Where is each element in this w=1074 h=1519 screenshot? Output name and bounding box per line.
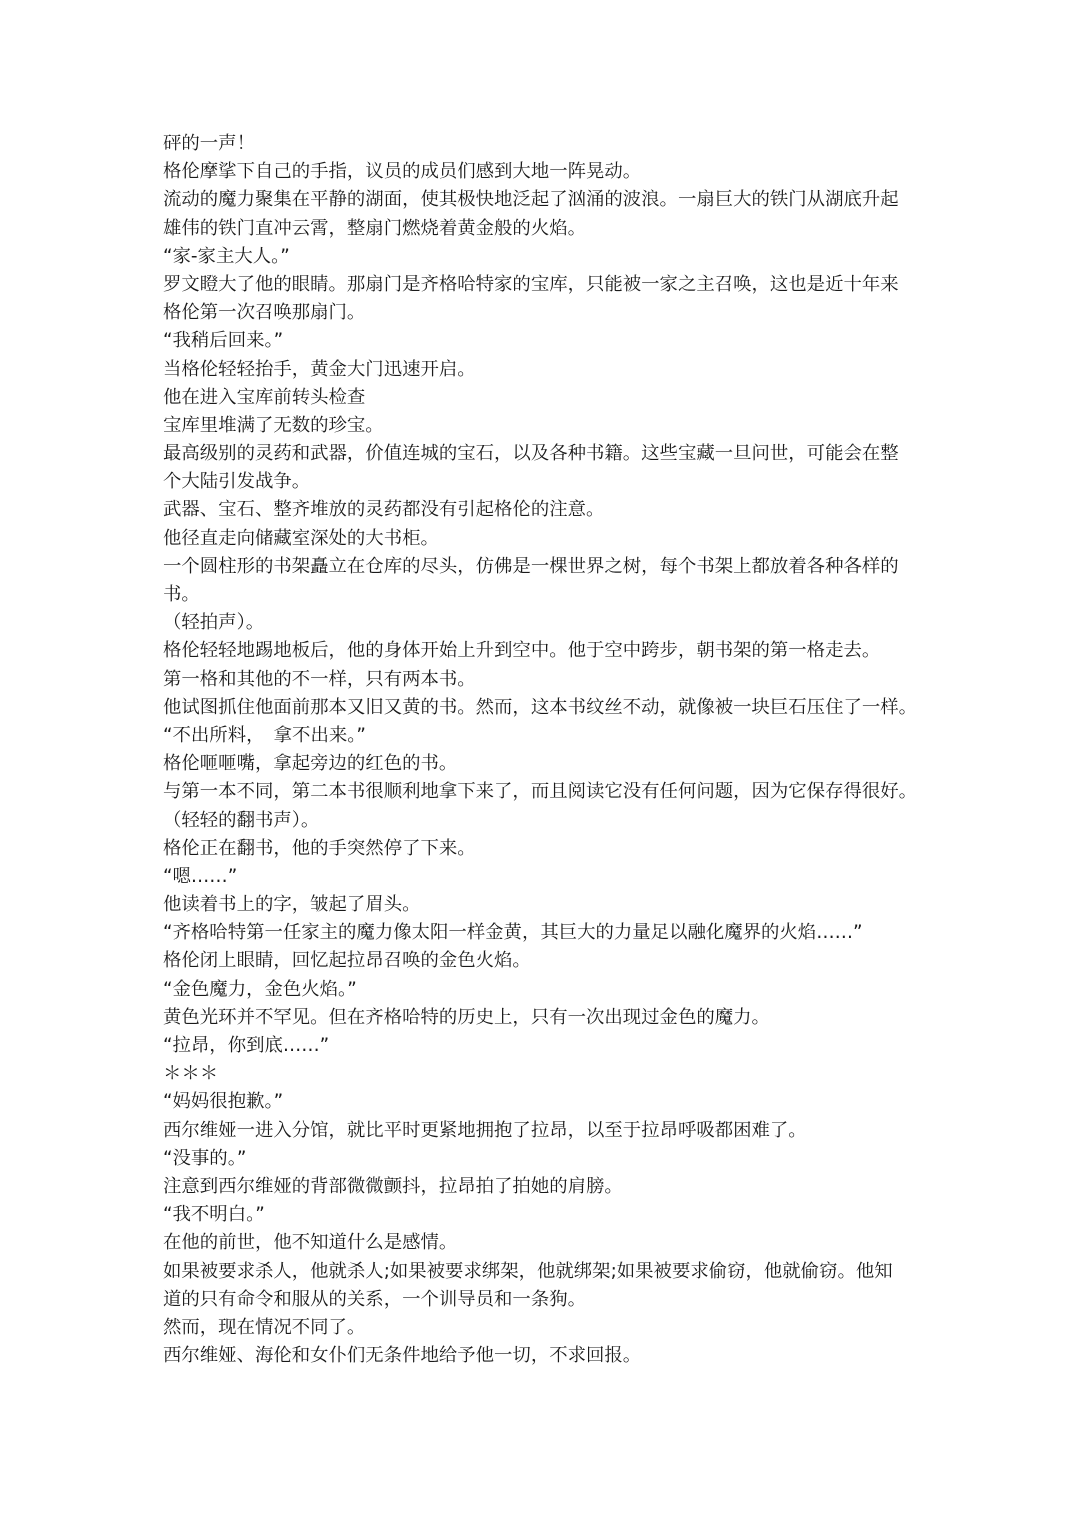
text-line: “不出所料， 拿不出来。” — [163, 722, 923, 750]
text-line: 他在进入宝库前转头检查 — [163, 384, 923, 412]
text-line: 如果被要求杀人，他就杀人;如果被要求绑架，他就绑架;如果被要求偷窃，他就偷窃。他… — [163, 1258, 923, 1286]
text-line: 第一格和其他的不一样，只有两本书。 — [163, 666, 923, 694]
text-line: “齐格哈特第一任家主的魔力像太阳一样金黄，其巨大的力量足以融化魔界的火焰……” — [163, 919, 923, 947]
text-line: 他读着书上的字，皱起了眉头。 — [163, 891, 923, 919]
text-line: 黄色光环并不罕见。但在齐格哈特的历史上，只有一次出现过金色的魔力。 — [163, 1004, 923, 1032]
text-line: 武器、宝石、整齐堆放的灵药都没有引起格伦的注意。 — [163, 496, 923, 524]
text-line: 书。 — [163, 581, 923, 609]
text-line: 一个圆柱形的书架矗立在仓库的尽头，仿佛是一棵世界之树，每个书架上都放着各种各样的 — [163, 553, 923, 581]
text-line: “妈妈很抱歉。” — [163, 1088, 923, 1116]
text-line: 他径直走向储藏室深处的大书柜。 — [163, 525, 923, 553]
text-line: 雄伟的铁门直冲云霄，整扇门燃烧着黄金般的火焰。 — [163, 215, 923, 243]
text-line: 格伦轻轻地踢地板后，他的身体开始上升到空中。他于空中跨步，朝书架的第一格走去。 — [163, 637, 923, 665]
text-line: 然而，现在情况不同了。 — [163, 1314, 923, 1342]
text-line: 格伦摩挲下自己的手指，议员的成员们感到大地一阵晃动。 — [163, 158, 923, 186]
text-line: （轻轻的翻书声）。 — [163, 807, 923, 835]
text-line: 注意到西尔维娅的背部微微颤抖，拉昂拍了拍她的肩膀。 — [163, 1173, 923, 1201]
text-line: （轻拍声）。 — [163, 609, 923, 637]
text-line: 他试图抓住他面前那本又旧又黄的书。然而，这本书纹丝不动，就像被一块巨石压住了一样… — [163, 694, 923, 722]
text-line: 道的只有命令和服从的关系，一个训导员和一条狗。 — [163, 1286, 923, 1314]
text-line: 当格伦轻轻抬手，黄金大门迅速开启。 — [163, 356, 923, 384]
text-line: 与第一本不同，第二本书很顺利地拿下来了，而且阅读它没有任何问题，因为它保存得很好… — [163, 778, 923, 806]
text-line: “我不明白。” — [163, 1201, 923, 1229]
text-line: 格伦闭上眼睛，回忆起拉昂召唤的金色火焰。 — [163, 947, 923, 975]
text-line: “嗯……” — [163, 863, 923, 891]
text-line: 在他的前世，他不知道什么是感情。 — [163, 1229, 923, 1257]
text-line: “金色魔力，金色火焰。” — [163, 976, 923, 1004]
text-line: 砰的一声！ — [163, 130, 923, 158]
document-page: 砰的一声！ 格伦摩挲下自己的手指，议员的成员们感到大地一阵晃动。 流动的魔力聚集… — [163, 130, 923, 1370]
text-line: 宝库里堆满了无数的珍宝。 — [163, 412, 923, 440]
text-line: 个大陆引发战争。 — [163, 468, 923, 496]
text-line: 西尔维娅、海伦和女仆们无条件地给予他一切，不求回报。 — [163, 1342, 923, 1370]
text-line: “我稍后回来。” — [163, 327, 923, 355]
text-line: “没事的。” — [163, 1145, 923, 1173]
text-line: 格伦咂咂嘴，拿起旁边的红色的书。 — [163, 750, 923, 778]
text-line: 最高级别的灵药和武器，价值连城的宝石，以及各种书籍。这些宝藏一旦问世，可能会在整 — [163, 440, 923, 468]
text-line: 西尔维娅一进入分馆，就比平时更紧地拥抱了拉昂，以至于拉昂呼吸都困难了。 — [163, 1117, 923, 1145]
text-line: 格伦正在翻书，他的手突然停了下来。 — [163, 835, 923, 863]
text-line: 流动的魔力聚集在平静的湖面，使其极快地泛起了汹涌的波浪。一扇巨大的铁门从湖底升起 — [163, 186, 923, 214]
text-line: “家-家主大人。” — [163, 243, 923, 271]
text-line: 格伦第一次召唤那扇门。 — [163, 299, 923, 327]
section-break: ＊＊＊ — [163, 1060, 923, 1088]
text-line: “拉昂，你到底……” — [163, 1032, 923, 1060]
text-line: 罗文瞪大了他的眼睛。那扇门是齐格哈特家的宝库，只能被一家之主召唤，这也是近十年来 — [163, 271, 923, 299]
